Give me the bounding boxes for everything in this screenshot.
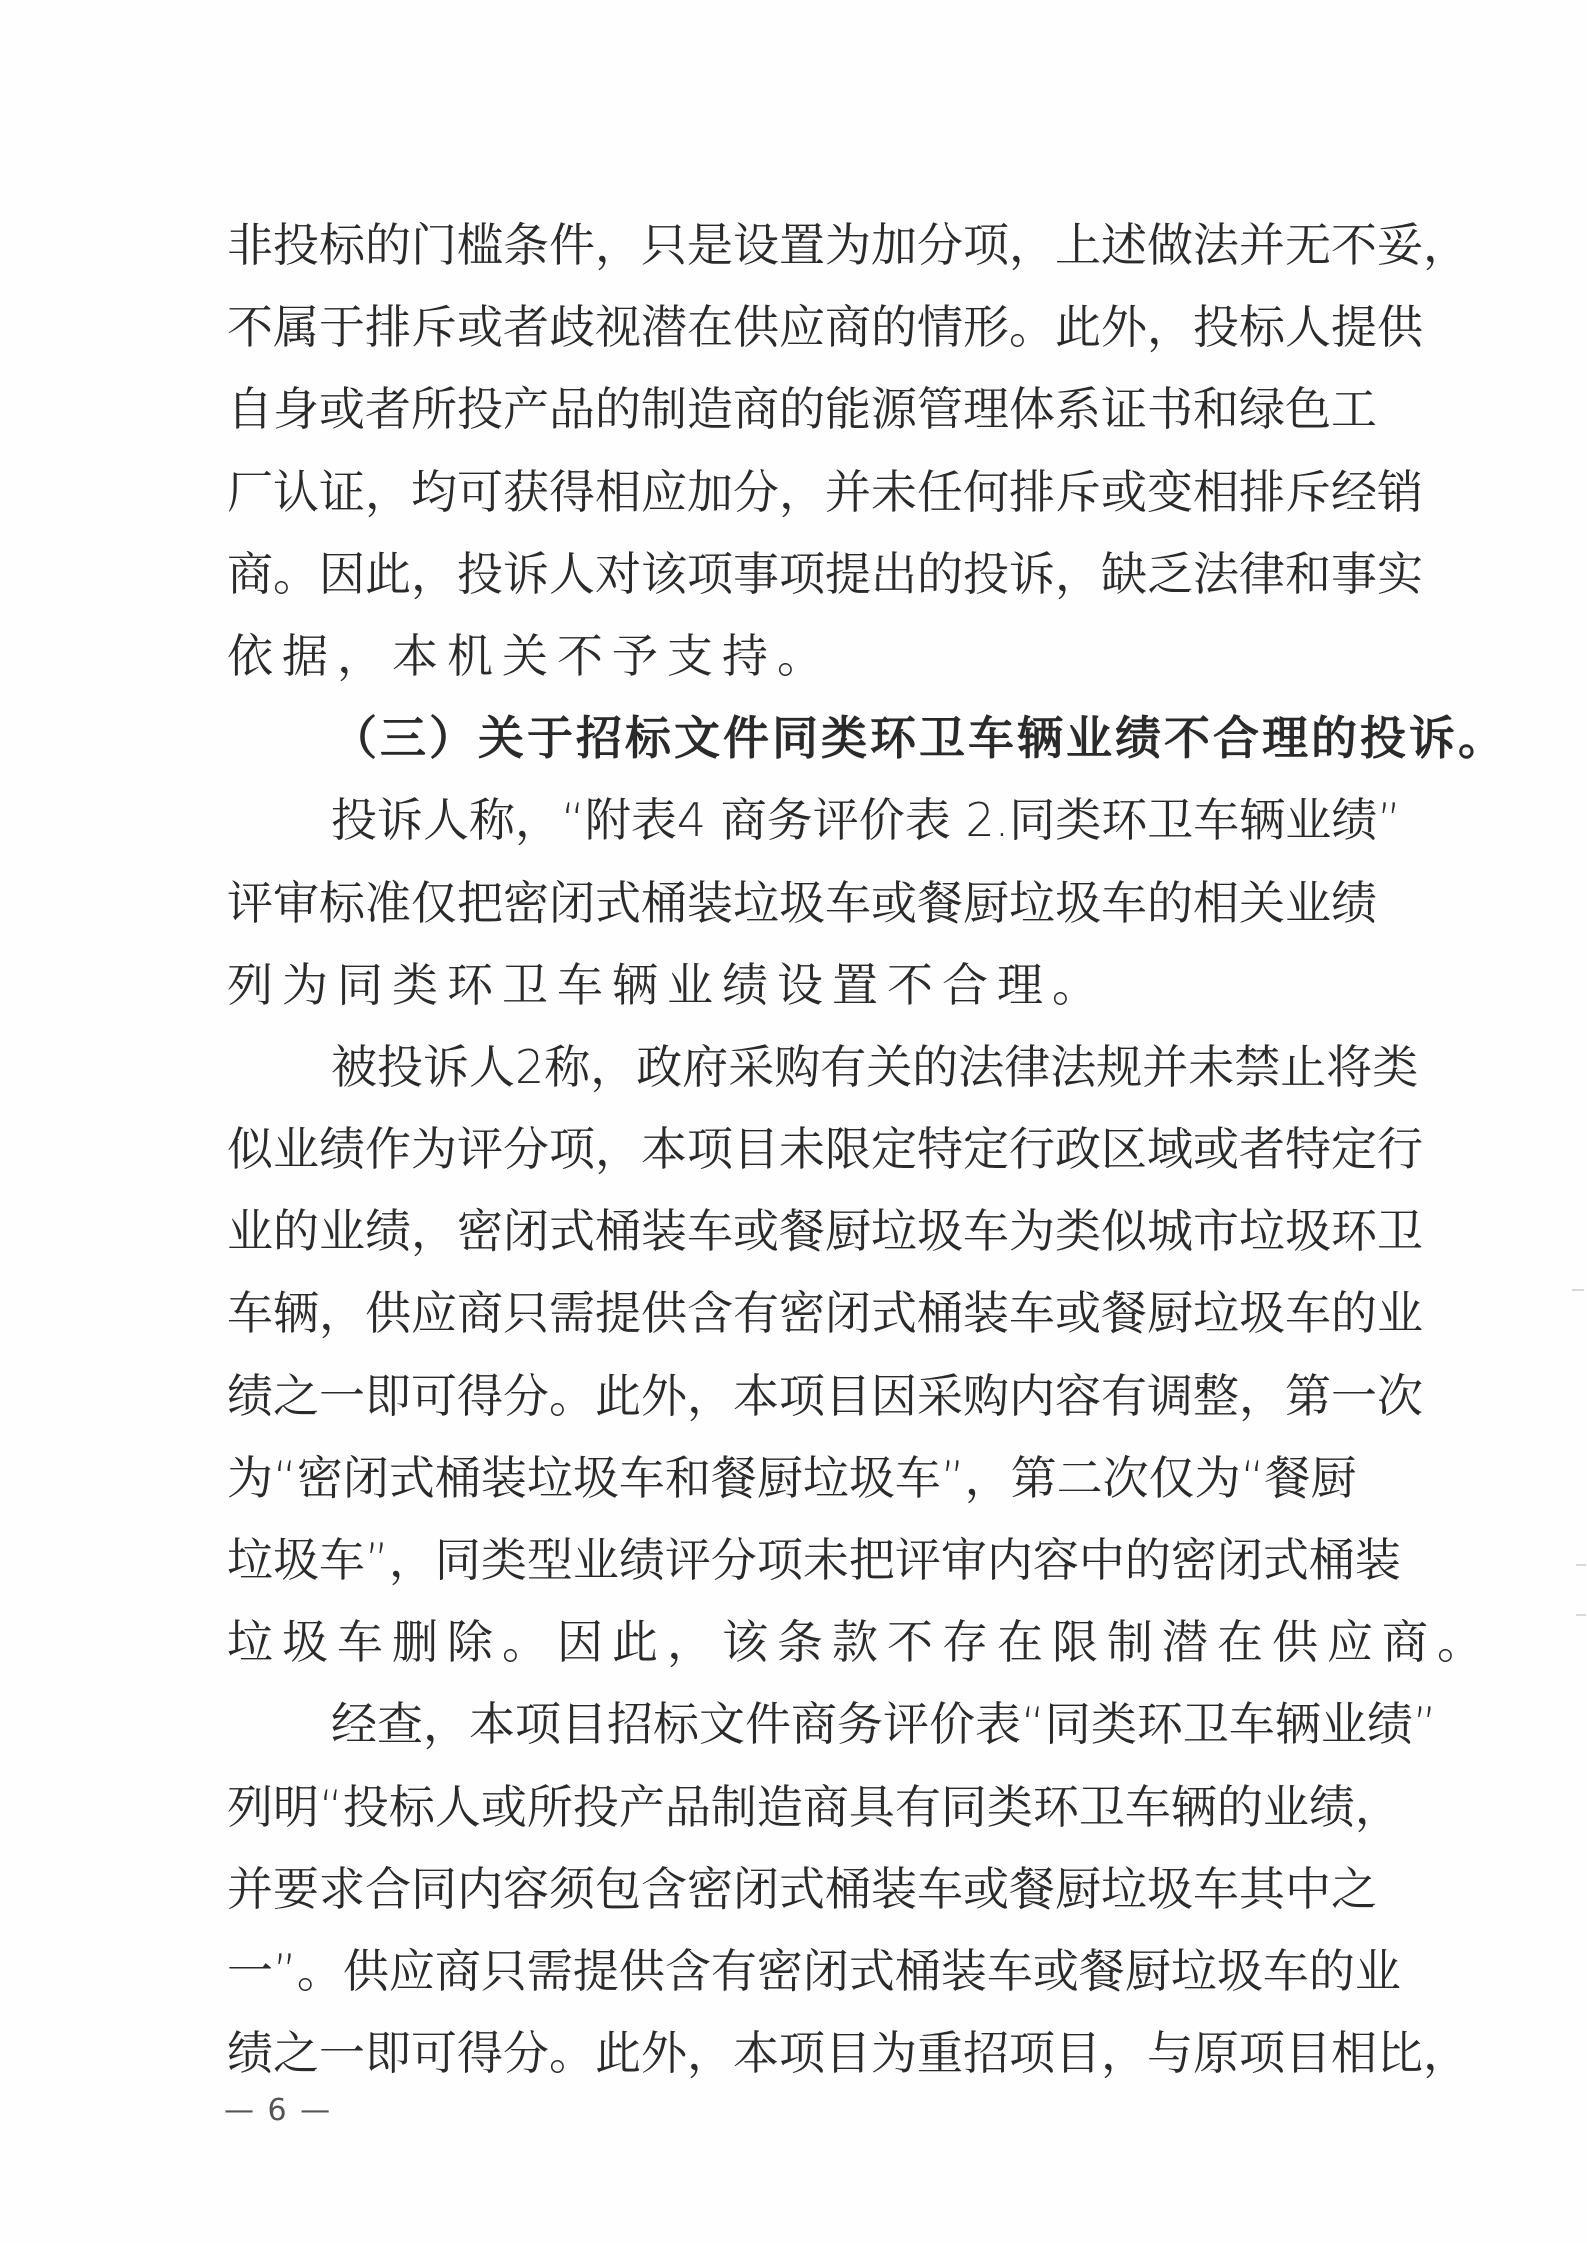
scan-artifact-mark <box>1576 1614 1586 1616</box>
section-heading: （三）关于招标文件同类环卫车辆业绩不合理的投诉。 <box>227 706 1335 788</box>
text-line: 不属于排斥或者歧视潜在供应商的情形。此外，投标人提供 <box>227 295 1335 377</box>
text-line: 商。因此，投诉人对该项事项提出的投诉，缺乏法律和事实 <box>227 542 1335 624</box>
text-line: 自身或者所投产品的制造商的能源管理体系证书和绿色工 <box>227 377 1335 459</box>
text-line: 为“密闭式桶装垃圾车和餐厨垃圾车”，第二次仅为“餐厨 <box>227 1446 1335 1528</box>
scan-artifact-mark <box>1576 1564 1586 1566</box>
scan-artifact-mark <box>1572 1289 1584 1291</box>
text-line: 列为同类环卫车辆业绩设置不合理。 <box>227 953 1335 1035</box>
text-line: 一”。供应商只需提供含有密闭式桶装车或餐厨垃圾车的业 <box>227 1939 1335 2021</box>
text-line: 垃圾车删除。因此，该条款不存在限制潜在供应商。 <box>227 1610 1335 1692</box>
text-line: 并要求合同内容须包含密闭式桶装车或餐厨垃圾车其中之 <box>227 1857 1335 1939</box>
text-line: 垃圾车”，同类型业绩评分项未把评审内容中的密闭式桶装 <box>227 1528 1335 1610</box>
text-line: 投诉人称，“附表4 商务评价表 2.同类环卫车辆业绩” <box>227 788 1335 870</box>
text-line: 列明“投标人或所投产品制造商具有同类环卫车辆的业绩， <box>227 1775 1335 1857</box>
text-line: 厂认证，均可获得相应加分，并未任何排斥或变相排斥经销 <box>227 460 1335 542</box>
text-line: 绩之一即可得分。此外，本项目为重招项目，与原项目相比， <box>227 2021 1335 2103</box>
text-line: 被投诉人2称，政府采购有关的法律法规并未禁止将类 <box>227 1035 1335 1117</box>
text-line: 经查，本项目招标文件商务评价表“同类环卫车辆业绩” <box>227 1692 1335 1774</box>
text-line: 似业绩作为评分项，本项目未限定特定行政区域或者特定行 <box>227 1117 1335 1199</box>
text-line: 评审标准仅把密闭式桶装垃圾车或餐厨垃圾车的相关业绩 <box>227 871 1335 953</box>
text-line: 依据，本机关不予支持。 <box>227 624 1335 706</box>
page-number: — 6 — <box>224 2093 332 2128</box>
text-line: 非投标的门槛条件，只是设置为加分项，上述做法并无不妥， <box>227 213 1335 295</box>
text-line: 业的业绩，密闭式桶装车或餐厨垃圾车为类似城市垃圾环卫 <box>227 1199 1335 1281</box>
document-body: 非投标的门槛条件，只是设置为加分项，上述做法并无不妥，不属于排斥或者歧视潜在供应… <box>227 213 1335 2103</box>
document-page: 非投标的门槛条件，只是设置为加分项，上述做法并无不妥，不属于排斥或者歧视潜在供应… <box>0 0 1587 2243</box>
text-line: 车辆，供应商只需提供含有密闭式桶装车或餐厨垃圾车的业 <box>227 1281 1335 1363</box>
text-line: 绩之一即可得分。此外，本项目因采购内容有调整，第一次 <box>227 1364 1335 1446</box>
